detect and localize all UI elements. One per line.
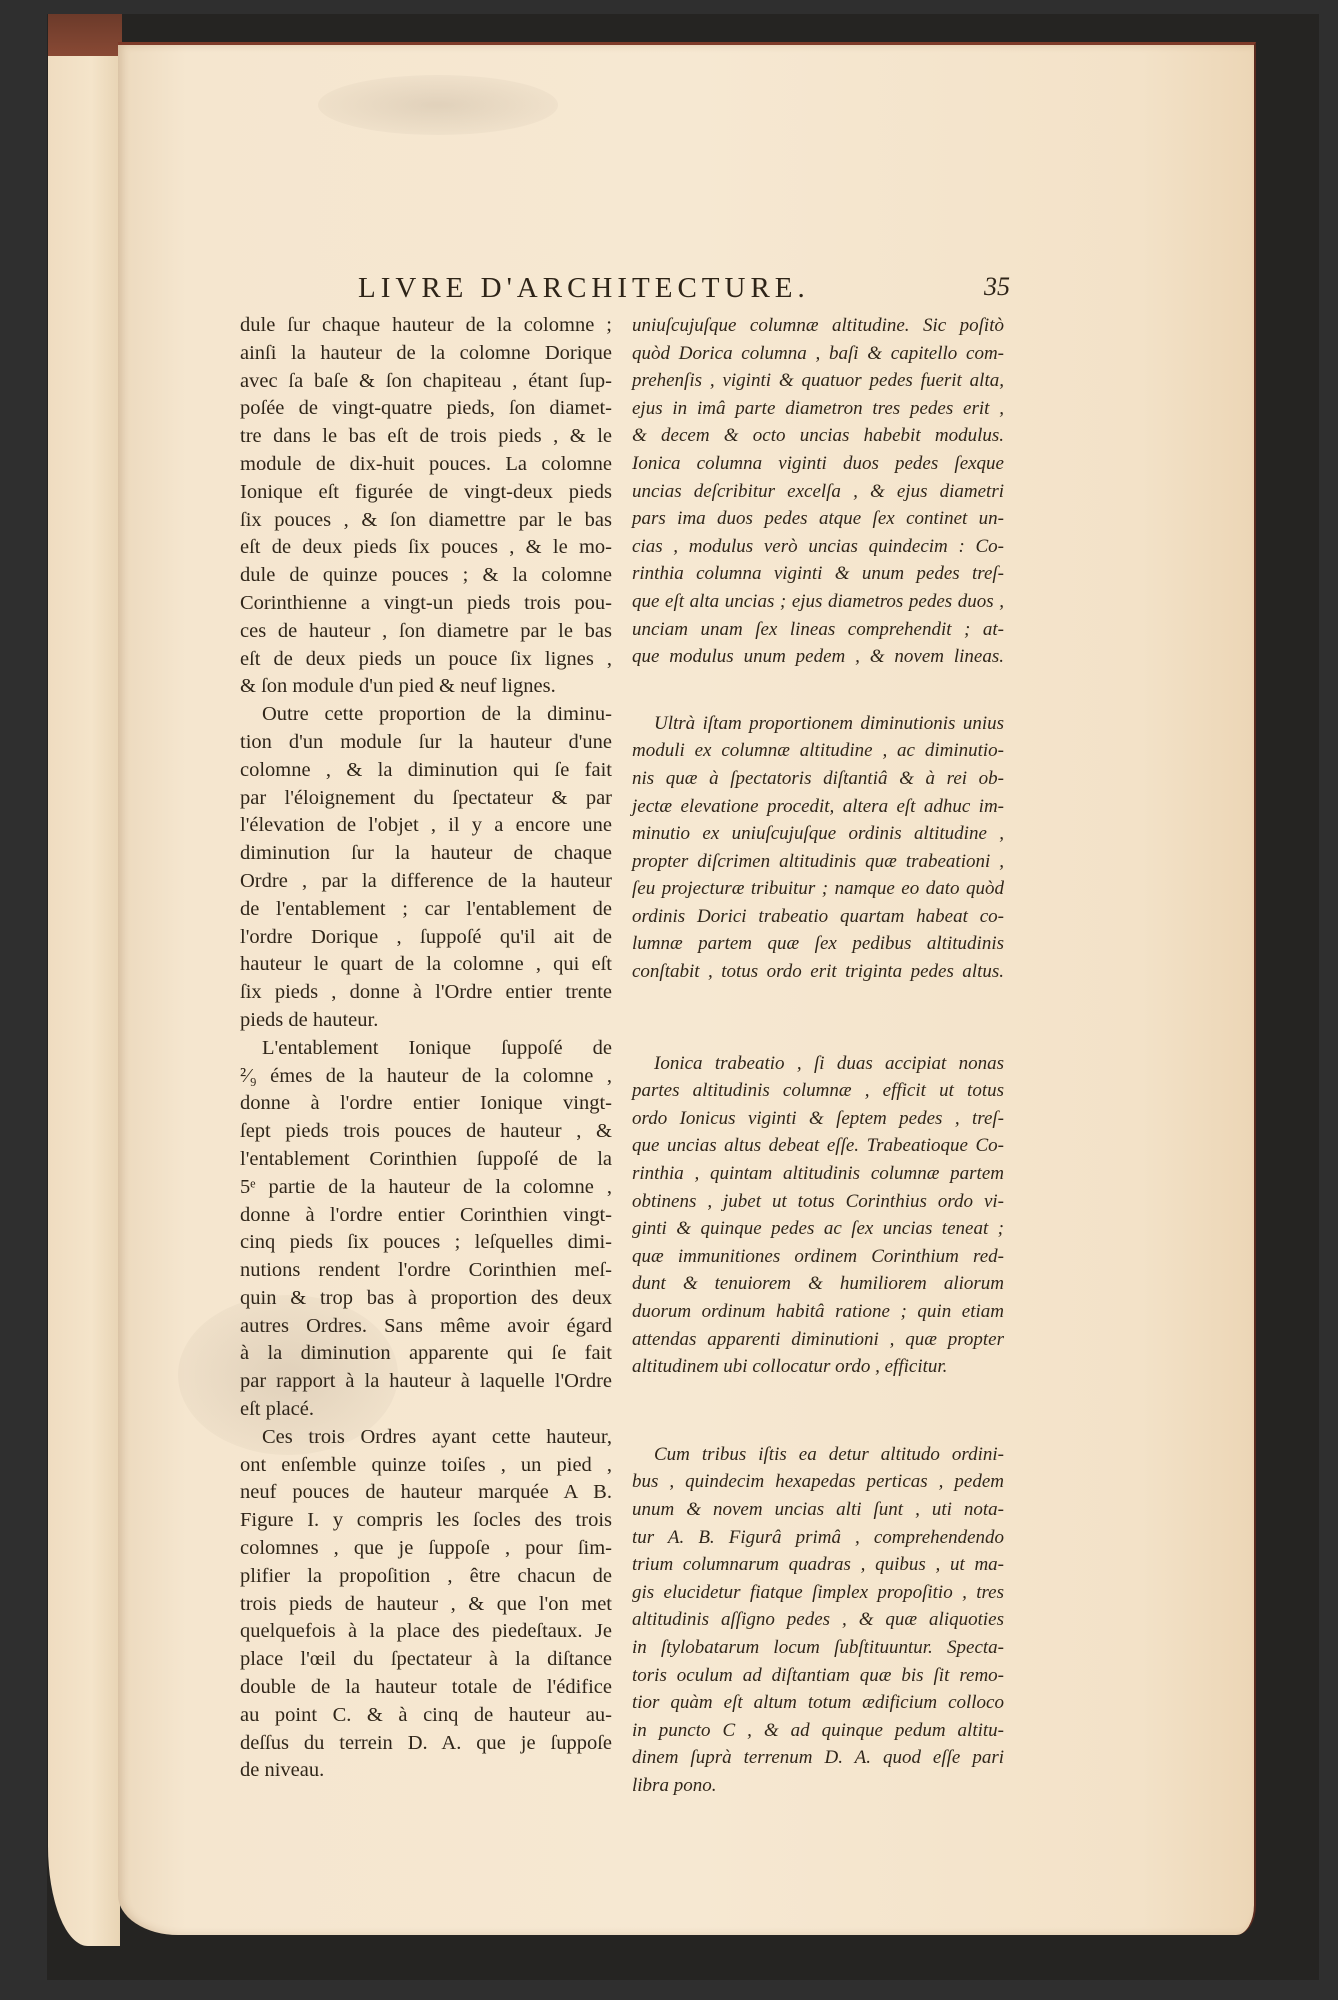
- text-line: in ſtylobatarum locum ſubſtituuntur. Spe…: [632, 1634, 1004, 1662]
- text-line: tre dans le bas eſt de trois pieds , & l…: [240, 423, 612, 451]
- text-line: ordo Ionicus viginti & ſeptem pedes , tr…: [632, 1105, 1004, 1133]
- text-line: conſtabit , totus ordo erit triginta ped…: [632, 958, 1004, 986]
- text-line: donne à l'ordre entier Ionique vingt-: [240, 1090, 612, 1118]
- running-title: LIVRE D'ARCHITECTURE.: [358, 272, 810, 305]
- text-line: Ionique eſt figurée de vingt-deux pieds: [240, 479, 612, 507]
- text-line: dinem ſuprà terrenum D. A. quod eſſe par…: [632, 1744, 1004, 1772]
- text-line: minutio ex uniuſcujuſque ordinis altitud…: [632, 820, 1004, 848]
- text-line: uniuſcujuſque columnæ altitudine. Sic po…: [632, 312, 1004, 340]
- text-line: place l'œil du ſpectateur à la diſtance: [240, 1646, 612, 1674]
- paragraph-fr-1: dule ſur chaque hauteur de la colomne ; …: [240, 312, 612, 701]
- text-line: unciam unam ſex lineas comprehendit ; at…: [632, 616, 1004, 644]
- text-line: propter diſcrimen altitudinis quæ trabea…: [632, 848, 1004, 876]
- text-line: lumnæ partem quæ ſex pedibus altitudinis: [632, 930, 1004, 958]
- text-line: libra pono.: [632, 1772, 1004, 1800]
- text-line: de l'entablement ; car l'entablement de: [240, 896, 612, 924]
- text-line: moduli ex columnæ altitudine , ac diminu…: [632, 737, 1004, 765]
- text-line: obtinens , jubet ut totus Corinthius ord…: [632, 1188, 1004, 1216]
- text-line: dule ſur chaque hauteur de la colomne ;: [240, 312, 612, 340]
- text-line: tior quàm eſt altum totum ædificium coll…: [632, 1689, 1004, 1717]
- text-line: hauteur le quart de la colomne , qui eſt: [240, 951, 612, 979]
- text-line: Ionica columna viginti duos pedes ſexque: [632, 450, 1004, 478]
- text-line: Ionica trabeatio , ſi duas accipiat nona…: [632, 1050, 1004, 1078]
- text-line: ²⁄₉ émes de la hauteur de la colomne ,: [240, 1063, 612, 1091]
- text-line: tur A. B. Figurâ primâ , comprehendendo: [632, 1524, 1004, 1552]
- text-line: pars ima duos pedes atque ſex continet u…: [632, 505, 1004, 533]
- text-line: L'entablement Ionique ſuppoſé de: [240, 1035, 612, 1063]
- text-line: in puncto C , & ad quinque pedum altitu-: [632, 1717, 1004, 1745]
- paragraph-gap: [632, 671, 1004, 710]
- text-line: l'entablement Corinthien ſuppoſé de la: [240, 1146, 612, 1174]
- text-line: Ordre , par la difference de la hauteur: [240, 868, 612, 896]
- text-line: ejus in imâ parte diametron tres pedes e…: [632, 395, 1004, 423]
- text-line: Cum tribus iſtis ea detur altitudo ordin…: [632, 1441, 1004, 1469]
- text-line: toris oculum ad diſtantiam quæ bis ſit r…: [632, 1662, 1004, 1690]
- text-line: ainſi la hauteur de la colomne Dorique: [240, 340, 612, 368]
- paper-stain: [318, 75, 558, 135]
- text-line: Outre cette proportion de la diminu-: [240, 701, 612, 729]
- text-line: deſſus du terrein D. A. que je ſuppoſe: [240, 1730, 612, 1758]
- text-line: quòd Dorica columna , baſi & capitello c…: [632, 340, 1004, 368]
- text-line: autres Ordres. Sans même avoir égard: [240, 1313, 612, 1341]
- text-line: cinq pieds ſix pouces ; leſquelles dimi-: [240, 1229, 612, 1257]
- paragraph-la-4: Cum tribus iſtis ea detur altitudo ordin…: [632, 1441, 1004, 1800]
- text-line: Figure I. y compris les ſocles des trois: [240, 1507, 612, 1535]
- text-line: que modulus unum pedem , & novem lineas.: [632, 643, 1004, 671]
- text-line: altitudinem ubi collocatur ordo , effici…: [632, 1353, 1004, 1381]
- paragraph-gap: [632, 986, 1004, 1050]
- text-line: de niveau.: [240, 1757, 612, 1785]
- text-line: dule de quinze pouces ; & la colomne: [240, 562, 612, 590]
- text-line: plifier la propoſition , être chacun de: [240, 1563, 612, 1591]
- text-line: ces de hauteur , ſon diametre par le bas: [240, 618, 612, 646]
- text-line: eſt de deux pieds un pouce ſix lignes ,: [240, 646, 612, 674]
- text-line: colomnes , que je ſuppoſe , pour ſim-: [240, 1535, 612, 1563]
- text-line: attendas apparenti diminutioni , quæ pro…: [632, 1326, 1004, 1354]
- text-line: diminution ſur la hauteur de chaque: [240, 840, 612, 868]
- text-line: l'élevation de l'objet , il y a encore u…: [240, 812, 612, 840]
- text-line: l'ordre Dorique , ſuppoſé qu'il ait de: [240, 924, 612, 952]
- text-line: duorum ordinum habitâ ratione ; quin eti…: [632, 1298, 1004, 1326]
- binding-edge: [48, 14, 122, 58]
- text-line: partes altitudinis columnæ , efficit ut …: [632, 1077, 1004, 1105]
- text-line: ſix pouces , & ſon diamettre par le bas: [240, 507, 612, 535]
- text-line: au point C. & à cinq de hauteur au-: [240, 1702, 612, 1730]
- text-line: ſeu projecturæ tribuitur ; namque eo dat…: [632, 875, 1004, 903]
- text-line: par rapport à la hauteur à laquelle l'Or…: [240, 1368, 612, 1396]
- paragraph-fr-4: Ces trois Ordres ayant cette hauteur, on…: [240, 1424, 612, 1785]
- text-line: Corinthienne a vingt-un pieds trois pou-: [240, 590, 612, 618]
- text-line: 5ᵉ partie de la hauteur de la colomne ,: [240, 1174, 612, 1202]
- text-line: neuf pouces de hauteur marquée A B.: [240, 1479, 612, 1507]
- text-line: module de dix-huit pouces. La colomne: [240, 451, 612, 479]
- text-line: dunt & tenuiorem & humiliorem aliorum: [632, 1270, 1004, 1298]
- text-line: ordinis Dorici trabeatio quartam habeat …: [632, 903, 1004, 931]
- text-line: que eſt alta uncias ; ejus diametros ped…: [632, 588, 1004, 616]
- text-line: quin & trop bas à proportion des deux: [240, 1285, 612, 1313]
- page-header: LIVRE D'ARCHITECTURE. 35: [240, 272, 1010, 312]
- text-line: que uncias altus debeat eſſe. Trabeatioq…: [632, 1132, 1004, 1160]
- paragraph-fr-3: L'entablement Ionique ſuppoſé de ²⁄₉ éme…: [240, 1035, 612, 1424]
- text-line: quæ immunitiones ordinem Corinthium red-: [632, 1243, 1004, 1271]
- text-line: quelquefois à la place des piedeſtaux. J…: [240, 1618, 612, 1646]
- paragraph-la-1: uniuſcujuſque columnæ altitudine. Sic po…: [632, 312, 1004, 671]
- text-line: double de la hauteur totale de l'édifice: [240, 1674, 612, 1702]
- text-line: Ces trois Ordres ayant cette hauteur,: [240, 1424, 612, 1452]
- previous-leaf-edge: [48, 56, 120, 1946]
- text-line: unum & novem uncias alti ſunt , uti nota…: [632, 1496, 1004, 1524]
- text-line: rinthia columna viginti & unum pedes tre…: [632, 560, 1004, 588]
- text-line: bus , quindecim hexapedas perticas , ped…: [632, 1468, 1004, 1496]
- paragraph-gap: [632, 1381, 1004, 1441]
- text-line: prehenſis , viginti & quatuor pedes fuer…: [632, 367, 1004, 395]
- text-line: nutions rendent l'ordre Corinthien meſ-: [240, 1257, 612, 1285]
- paragraph-la-2: Ultrà iſtam proportionem diminutionis un…: [632, 710, 1004, 986]
- text-line: poſée de vingt-quatre pieds, ſon diamet-: [240, 395, 612, 423]
- text-line: trium columnarum quadras , quibus , ut m…: [632, 1551, 1004, 1579]
- page-number: 35: [984, 272, 1010, 302]
- latin-text-column: uniuſcujuſque columnæ altitudine. Sic po…: [632, 312, 1004, 1800]
- text-line: gis elucidetur fiatque ſimplex propoſiti…: [632, 1579, 1004, 1607]
- text-line: avec ſa baſe & ſon chapiteau , étant ſup…: [240, 368, 612, 396]
- text-line: rinthia , quintam altitudinis columnæ pa…: [632, 1160, 1004, 1188]
- text-line: altitudinis aſſigno pedes , & quæ aliquo…: [632, 1606, 1004, 1634]
- text-line: par l'éloignement du ſpectateur & par: [240, 785, 612, 813]
- paragraph-fr-2: Outre cette proportion de la diminu- tio…: [240, 701, 612, 1035]
- text-line: trois pieds de hauteur , & que l'on met: [240, 1591, 612, 1619]
- text-line: ſix pieds , donne à l'Ordre entier trent…: [240, 979, 612, 1007]
- text-line: eſt de deux pieds ſix pouces , & le mo-: [240, 534, 612, 562]
- text-line: tion d'un module ſur la hauteur d'une: [240, 729, 612, 757]
- paragraph-la-3: Ionica trabeatio , ſi duas accipiat nona…: [632, 1050, 1004, 1381]
- text-line: cias , modulus verò uncias quindecim : C…: [632, 533, 1004, 561]
- text-line: pieds de hauteur.: [240, 1007, 612, 1035]
- text-line: colomne , & la diminution qui ſe fait: [240, 757, 612, 785]
- text-line: & ſon module d'un pied & neuf lignes.: [240, 673, 612, 701]
- text-line: donne à l'ordre entier Corinthien vingt-: [240, 1202, 612, 1230]
- text-line: ſept pieds trois pouces de hauteur , &: [240, 1118, 612, 1146]
- text-line: Ultrà iſtam proportionem diminutionis un…: [632, 710, 1004, 738]
- text-line: uncias deſcribitur excelſa , & ejus diam…: [632, 478, 1004, 506]
- french-text-column: dule ſur chaque hauteur de la colomne ; …: [240, 312, 612, 1785]
- text-line: nis quæ à ſpectatoris diſtantiâ & à rei …: [632, 765, 1004, 793]
- text-line: jectæ elevatione procedit, altera eſt ad…: [632, 793, 1004, 821]
- text-line: ont enſemble quinze toiſes , un pied ,: [240, 1452, 612, 1480]
- text-line: eſt placé.: [240, 1396, 612, 1424]
- text-line: & decem & octo uncias habebit modulus.: [632, 422, 1004, 450]
- text-line: ginti & quinque pedes ac ſex uncias tene…: [632, 1215, 1004, 1243]
- text-line: à la diminution apparente qui ſe fait: [240, 1340, 612, 1368]
